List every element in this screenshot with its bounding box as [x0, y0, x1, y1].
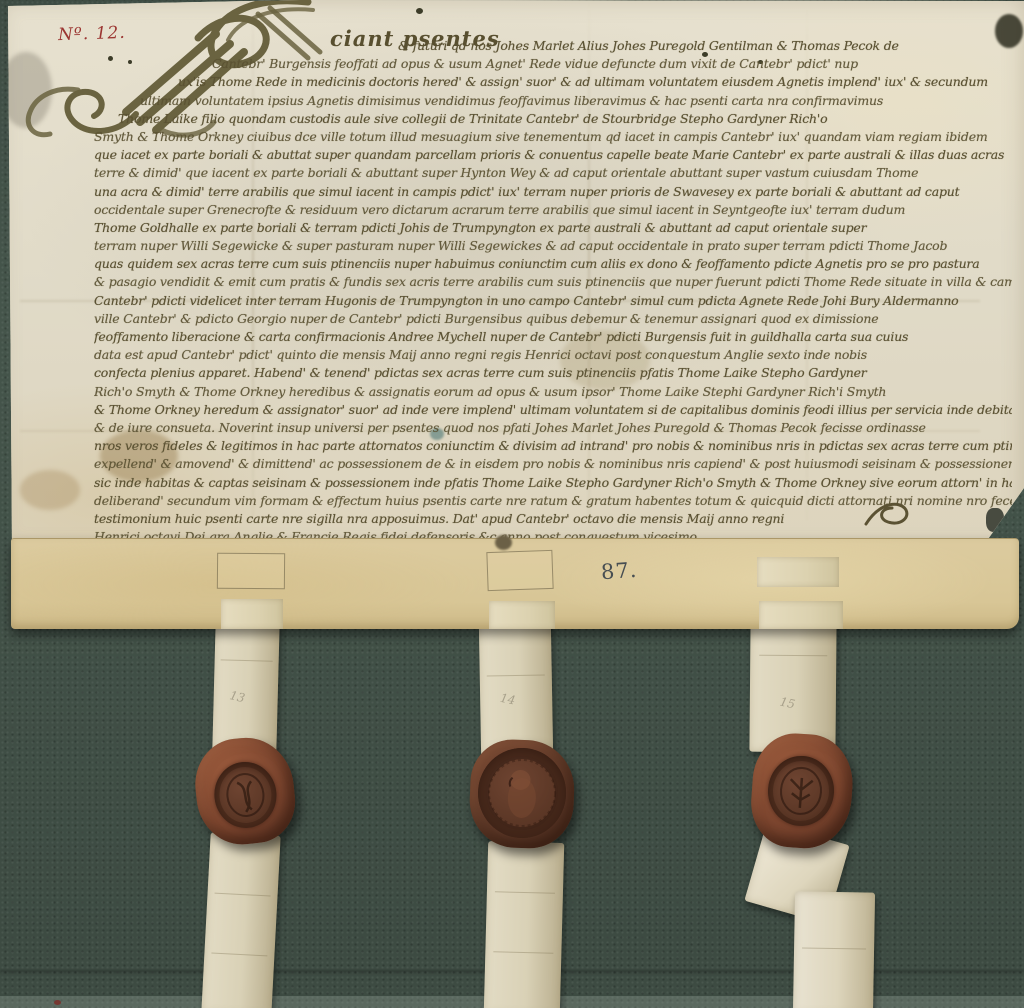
manuscript-line: & de iure consueta. Noverint insup unive…	[94, 419, 1012, 437]
tag-crease	[221, 659, 272, 661]
manuscript-line: que iacet ex parte boriali & abuttat sup…	[94, 146, 1012, 164]
tag-crease	[493, 951, 554, 954]
parchment-sheet: Nº. 12. ciant psentes & futuri qd nos Jo…	[0, 0, 1024, 550]
manuscript-line: Rich'o Smyth & Thome Orkney heredibus & …	[94, 383, 1012, 401]
tag-crease	[759, 655, 828, 657]
tag-crease	[215, 893, 271, 897]
manuscript-photo: 13 14 15 N	[0, 0, 1024, 1008]
tag-crease	[495, 891, 556, 894]
tag-crease	[802, 947, 866, 949]
seal-impression-left	[211, 759, 280, 831]
seal-tag-middle-upper: 14	[479, 619, 553, 758]
manuscript-line: Cantebr' Burgensis feoffati ad opus & us…	[212, 55, 1012, 73]
manuscript-line: feoffamento liberacione & carta confirma…	[94, 328, 1012, 346]
manuscript-line: data est apud Cantebr' pdict' quinto die…	[94, 346, 1012, 364]
manuscript-line: Thome Laike filio quondam custodis aule …	[118, 110, 1012, 128]
seal-impression-middle	[476, 746, 567, 839]
seal-tag-left-upper: 13	[212, 619, 279, 753]
tag-through-slit-right-lower	[759, 601, 843, 629]
manuscript-line: & pasagio vendidit & emit cum pratis & f…	[94, 273, 1012, 291]
tag-through-slit-middle	[489, 601, 555, 629]
manuscript-line: terram nuper Willi Segewicke & super pas…	[94, 237, 1012, 255]
seal-device-bust-icon	[476, 746, 567, 839]
manuscript-line: testimonium huic psenti carte nre sigill…	[94, 510, 883, 528]
pencil-slit-outline-middle	[486, 550, 553, 591]
seal-tag-left-lower	[201, 832, 280, 1008]
manuscript-line: ultimam voluntatem ipsius Agnetis dimisi…	[140, 92, 1012, 110]
manuscript-line: & Thome Orkney heredum & assignator' suo…	[94, 401, 1012, 419]
seal-tag-right-lower	[793, 891, 875, 1008]
manuscript-line: occidentale super Grenecrofte & residuum…	[94, 201, 1012, 219]
speck	[416, 8, 423, 14]
tag-through-slit-right	[757, 557, 839, 587]
seal-impression-right	[766, 754, 837, 828]
tag-number-left: 13	[228, 688, 246, 705]
pencil-slit-outline-left	[217, 553, 285, 590]
manuscript-line: nros veros fideles & legitimos in hac pa…	[94, 437, 1012, 455]
manuscript-line: quas quidem sex acras terre cum suis pti…	[94, 255, 1012, 273]
manuscript-line: confecta plenius apparet. Habend' & tene…	[94, 364, 1012, 382]
tag-crease	[211, 952, 267, 956]
plica-number: 87.	[600, 558, 638, 584]
seal-device-knot-icon	[211, 759, 280, 831]
manuscript-line: sic inde habitas & captas seisinam & pos…	[94, 474, 1012, 492]
manuscript-text-block: & futuri qd nos Johes Marlet Alius Johes…	[94, 37, 1012, 546]
manuscript-line: Smyth & Thome Orkney ciuibus dce ville t…	[94, 128, 1012, 146]
manuscript-line: expellend' & amovend' & dimittend' ac po…	[94, 455, 1012, 473]
plica-blot	[495, 535, 512, 550]
tag-crease	[487, 674, 545, 676]
manuscript-line: ux'is Thome Rede in medicinis doctoris h…	[178, 73, 1012, 91]
wax-seal-middle	[468, 738, 576, 850]
seal-tag-middle-lower	[484, 841, 564, 1008]
manuscript-line: Thome Goldhalle ex parte boriali & terra…	[94, 219, 1012, 237]
manuscript-line: Cantebr' pdicti videlicet inter terram H…	[94, 292, 1012, 310]
plica-fold: 87.	[11, 538, 1019, 629]
manuscript-line: terre & dimid' que iacent ex parte boria…	[94, 164, 1012, 182]
seal-device-sprig-icon	[766, 754, 837, 828]
manuscript-line: una acra & dimid' terre arabilis que sim…	[94, 183, 1012, 201]
tag-number-middle: 14	[499, 691, 517, 708]
tag-through-slit-left	[221, 599, 283, 629]
red-speck	[54, 1000, 61, 1005]
manuscript-line: & futuri qd nos Johes Marlet Alius Johes…	[398, 37, 1012, 55]
manuscript-line: ville Cantebr' & pdicto Georgio nuper de…	[94, 310, 1012, 328]
tag-number-right: 15	[779, 694, 797, 711]
stain	[20, 470, 80, 510]
paraph-flourish-icon	[862, 498, 912, 532]
